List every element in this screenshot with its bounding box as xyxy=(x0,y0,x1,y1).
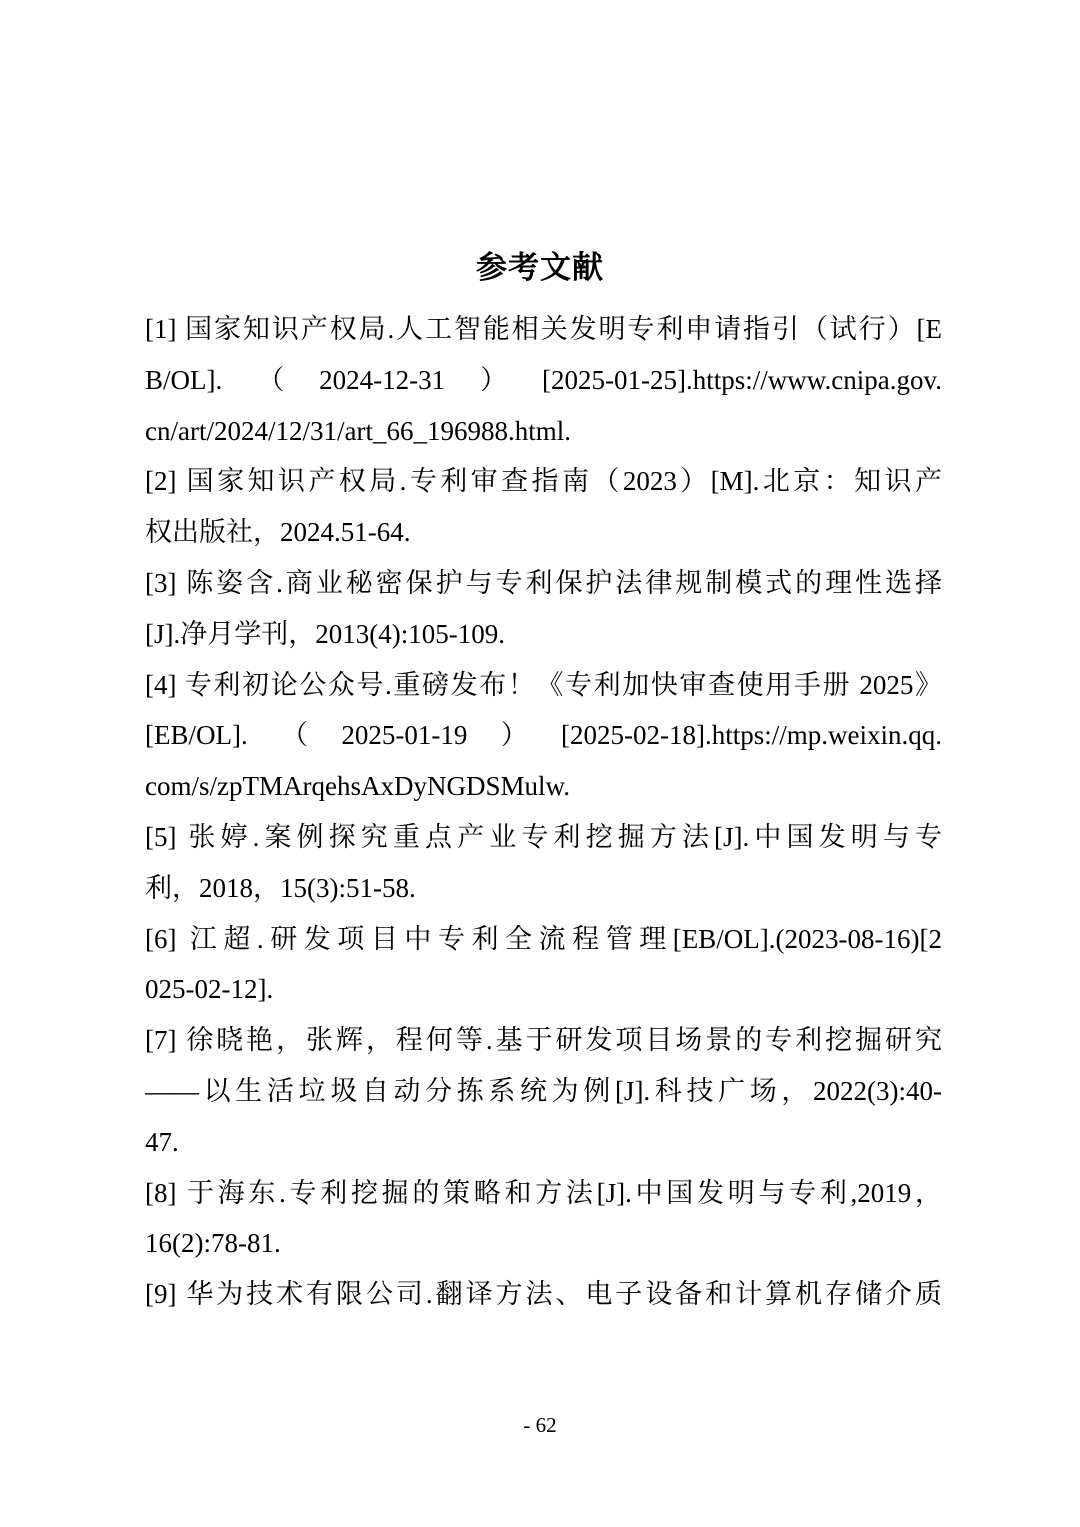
reference-line: 47. xyxy=(145,1117,942,1168)
reference-line: B/OL].（2024-12-31）[2025-01-25].https://w… xyxy=(145,355,942,406)
reference-line: [5] 张婷.案例探究重点产业专利挖掘方法[J].中国发明与专 xyxy=(145,812,942,863)
reference-line: 025-02-12]. xyxy=(145,964,942,1015)
reference-item: [3] 陈姿含.商业秘密保护与专利保护法律规制模式的理性选择 [J].净月学刊，… xyxy=(145,558,942,660)
references-list: [1] 国家知识产权局.人工智能相关发明专利申请指引（试行）[E B/OL].（… xyxy=(145,304,942,1320)
reference-line: 16(2):78-81. xyxy=(145,1218,942,1269)
reference-item: [4] 专利初论公众号.重磅发布！《专利加快审查使用手册 2025》 [EB/O… xyxy=(145,660,942,812)
reference-item: [5] 张婷.案例探究重点产业专利挖掘方法[J].中国发明与专 利，2018，1… xyxy=(145,812,942,914)
page-title: 参考文献 xyxy=(0,246,1080,290)
reference-line: 权出版社，2024.51-64. xyxy=(145,507,942,558)
reference-item: [7] 徐晓艳，张辉，程何等.基于研发项目场景的专利挖掘研究 ——以生活垃圾自动… xyxy=(145,1015,942,1167)
page-number: - 62 xyxy=(0,1408,1080,1442)
reference-item: [6] 江超.研发项目中专利全流程管理[EB/OL].(2023-08-16)[… xyxy=(145,914,942,1016)
reference-line: [8] 于海东.专利挖掘的策略和方法[J].中国发明与专利,2019， xyxy=(145,1168,942,1219)
reference-item: [9] 华为技术有限公司.翻译方法、电子设备和计算机存储介质 xyxy=(145,1269,942,1320)
reference-line: [4] 专利初论公众号.重磅发布！《专利加快审查使用手册 2025》 xyxy=(145,660,942,711)
reference-line: [7] 徐晓艳，张辉，程何等.基于研发项目场景的专利挖掘研究 xyxy=(145,1015,942,1066)
reference-item: [2] 国家知识产权局.专利审查指南（2023）[M].北京：知识产 权出版社，… xyxy=(145,456,942,558)
reference-line: [EB/OL].（2025-01-19）[2025-02-18].https:/… xyxy=(145,710,942,761)
reference-line: [2] 国家知识产权局.专利审查指南（2023）[M].北京：知识产 xyxy=(145,456,942,507)
reference-line: 利，2018，15(3):51-58. xyxy=(145,863,942,914)
reference-line: [6] 江超.研发项目中专利全流程管理[EB/OL].(2023-08-16)[… xyxy=(145,914,942,965)
reference-line: com/s/zpTMArqehsAxDyNGDSMulw. xyxy=(145,761,942,812)
reference-line: [3] 陈姿含.商业秘密保护与专利保护法律规制模式的理性选择 xyxy=(145,558,942,609)
reference-line: [J].净月学刊，2013(4):105-109. xyxy=(145,609,942,660)
reference-line: cn/art/2024/12/31/art_66_196988.html. xyxy=(145,406,942,457)
reference-item: [8] 于海东.专利挖掘的策略和方法[J].中国发明与专利,2019， 16(2… xyxy=(145,1168,942,1270)
reference-item: [1] 国家知识产权局.人工智能相关发明专利申请指引（试行）[E B/OL].（… xyxy=(145,304,942,456)
reference-line: [9] 华为技术有限公司.翻译方法、电子设备和计算机存储介质 xyxy=(145,1269,942,1320)
reference-line: [1] 国家知识产权局.人工智能相关发明专利申请指引（试行）[E xyxy=(145,304,942,355)
reference-line: ——以生活垃圾自动分拣系统为例[J].科技广场，2022(3):40- xyxy=(145,1066,942,1117)
document-page: 参考文献 [1] 国家知识产权局.人工智能相关发明专利申请指引（试行）[E B/… xyxy=(0,0,1080,1527)
